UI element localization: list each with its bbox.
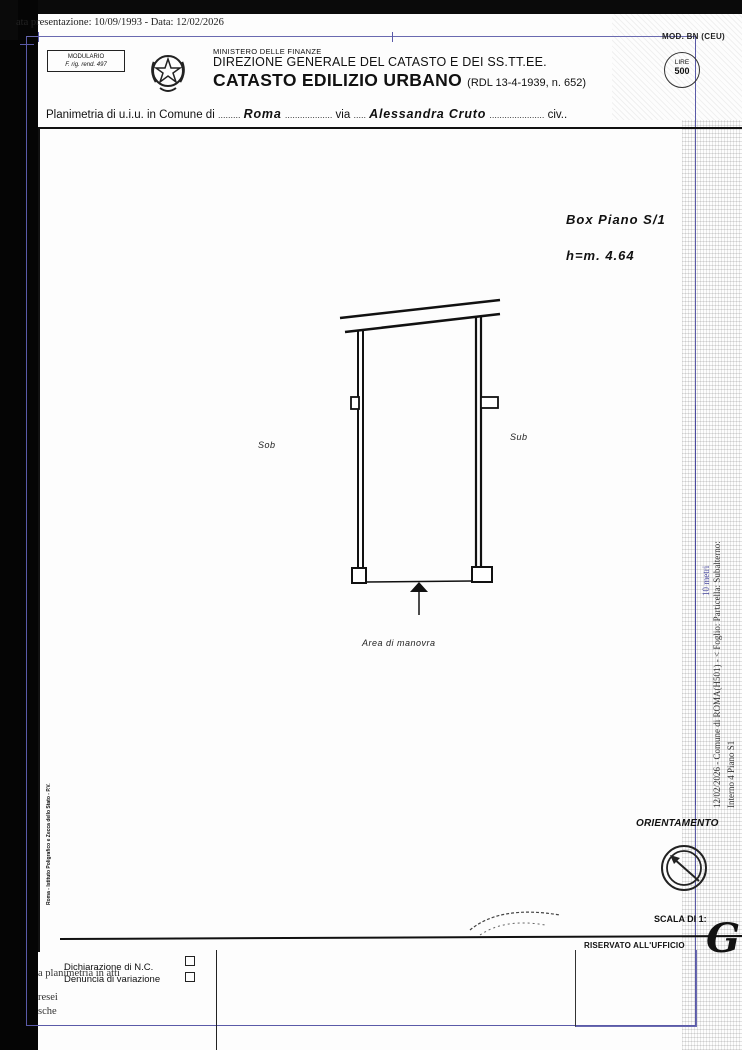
overlay-text-1: a planimetria in atti [38, 968, 120, 979]
signature-box [216, 950, 577, 1050]
entrance-arrow-icon [410, 582, 428, 592]
entrance-label: Area di manovra [362, 638, 436, 648]
scale-mark: 10 metri [701, 566, 711, 596]
printer-imprint: Roma - Istituto Poligrafico e Zecca dell… [46, 783, 52, 905]
label-adjacent-left: Sob [258, 440, 276, 450]
declaration-nc-checkbox[interactable] [185, 956, 195, 966]
floor-plan-drawing [0, 0, 742, 1050]
orientation-label: ORIENTAMENTO [636, 818, 719, 829]
label-adjacent-right: Sub [510, 432, 528, 442]
outer-wall-line [340, 300, 500, 318]
signature-mark: G [706, 915, 740, 962]
scale-label: SCALA DI 1: [654, 914, 707, 924]
office-box [575, 950, 697, 1027]
side-stamp-line1: 12/02/2026 - Comune di ROMA(H501) - < Fo… [712, 541, 722, 808]
office-reserved-label: RISERVATO ALL'UFFICIO [584, 941, 685, 950]
side-stamp-line2: Interno 4 Piano S1 [726, 741, 736, 808]
office-stamp [470, 912, 560, 930]
overlay-text-3: sche [38, 1006, 57, 1017]
overlay-text-2: resei [38, 992, 58, 1003]
declaration-variation-checkbox[interactable] [185, 972, 195, 982]
